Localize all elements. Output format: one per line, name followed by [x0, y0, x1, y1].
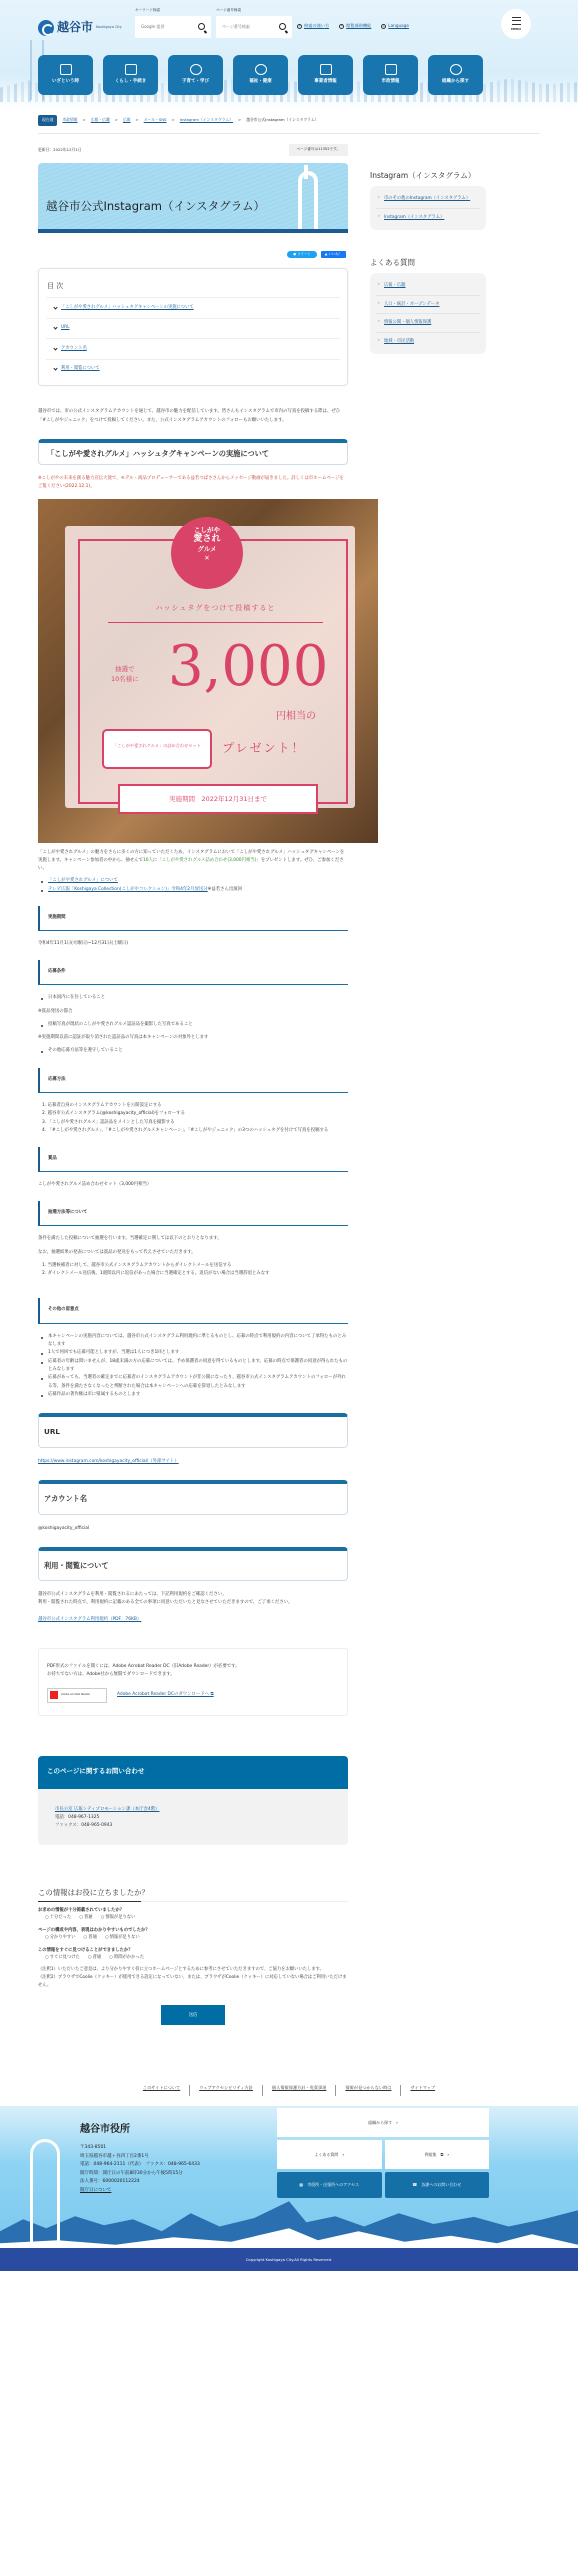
badge-line: グルメ — [197, 545, 216, 553]
note-text: ※賞品発送の都合 — [38, 1008, 348, 1016]
url-heading: URL — [38, 1413, 348, 1448]
child-pencil-icon — [190, 64, 202, 75]
list-item: 1人で何回でも応募可能としますが、当選は1人につき1回とします — [38, 1349, 348, 1357]
radio-option[interactable]: 情報が足りない — [101, 1915, 136, 1922]
page-number-search: ページ番号検索 ページ番号検索 — [216, 8, 292, 38]
instagram-url-link[interactable]: https://www.instagram.com/koshigayacity_… — [38, 1459, 179, 1464]
accessibility-link-label[interactable]: 閲覧補助機能 — [346, 23, 371, 30]
radio-option[interactable]: 十分だった — [45, 1915, 71, 1922]
promo-present-text: プレゼント！ — [222, 739, 306, 758]
sidebar-item[interactable]: 市のその他のInstagram（インスタグラム） — [376, 190, 480, 209]
gourmet-link[interactable]: 「こしがや愛されグルメ」について — [48, 878, 118, 883]
car-icon: ▩ — [299, 2182, 303, 2188]
divider — [189, 2085, 190, 2096]
toc-item[interactable]: 「こしがや愛されグルメ」ハッシュタグキャンペーンの実施について — [46, 297, 340, 318]
breadcrumb-item[interactable]: メール・SNS — [144, 117, 167, 123]
address: 埼玉県越谷市越ヶ谷四丁目2番1号 — [80, 2153, 200, 2162]
breadcrumb-separator: > — [238, 117, 241, 123]
sidebar-link[interactable]: 情報公開・個人情報保護 — [384, 320, 431, 325]
list-item: 日本国内に在住していること — [38, 994, 348, 1002]
campaign-promo-image: こしがや 愛され グルメ ✕ ハッシュタグをつけて投稿すると 抽選で 10名様に… — [38, 499, 378, 843]
faq-button[interactable]: よくある質問› — [277, 2140, 382, 2169]
adobe-icon — [50, 1691, 58, 1699]
main-content: 更新日：2022年12月1日 ページ番号は11352です。 越谷市公式Insta… — [38, 144, 348, 2025]
site-footer: 越谷市役所 〒343-8501 埼玉県越谷市越ヶ谷四丁目2番1号 電話：048-… — [0, 2106, 578, 2271]
method-steps: 1. 応募者自身のインスタグラムアカウントを公開設定にする 2. 越谷市公式イン… — [38, 1102, 348, 1135]
chevron-right-icon: › — [342, 2152, 344, 2158]
lottery-text: 条件を満たした投稿について抽選を行います。当選確定に関しては以下のとおりとなりま… — [38, 1235, 348, 1243]
fork-knife-icon: ✕ — [204, 554, 209, 562]
campaign-description: 「こしがや愛されグルメ」の魅力をさらに多くの方に知っていただくため、インスタグラ… — [38, 849, 348, 873]
list-item: 応募作品の著作権は市に帰属するものとします — [38, 1391, 348, 1399]
feedback-question: ページの構成や内容、表現はわかりやすいものでしたか？ — [38, 1928, 348, 1935]
list-item: 2. ダイレクトメール送信後、1週間以内に返信があった場合に当選確定とする。返信… — [38, 1270, 348, 1278]
like-button[interactable]: ▲ いいね！ — [321, 251, 346, 258]
link-suffix: ※益若さん出演回 — [208, 887, 242, 892]
radio-option[interactable]: 時間がかかった — [109, 1955, 144, 1962]
nav-label: いざという時 — [52, 78, 79, 85]
nav-organization[interactable]: 組織から探す — [428, 55, 483, 95]
sidebar-link[interactable]: 人口・統計・オープンデータ — [384, 302, 439, 307]
nav-welfare[interactable]: 福祉・健康 — [233, 55, 288, 95]
divider — [400, 2085, 401, 2096]
feedback-note: （注釈2）ブラウザでCoolie（クッキー）が使用できる設定になっていない、また… — [38, 1974, 348, 1990]
copyright: Copyright Koshigaya City.All Rights Rese… — [0, 2248, 578, 2271]
search-icon[interactable] — [198, 23, 205, 30]
page-search-label: ページ番号検索 — [216, 8, 292, 14]
list-item: 投稿写真が現状のこしがや愛されグルメ認証品を撮影した写真であること — [38, 1021, 348, 1029]
nav-business[interactable]: 事業者情報 — [298, 55, 353, 95]
tweet-label: ツイート — [297, 252, 310, 256]
postal-code: 〒343-8501 — [80, 2144, 200, 2153]
nav-label: 組織から探す — [442, 78, 469, 85]
language-link-label[interactable]: Language — [388, 23, 409, 30]
updated-date: 更新日：2022年12月1日 — [38, 147, 82, 153]
breadcrumb-current: 越谷市公式Instagram（インスタグラム） — [246, 117, 318, 123]
menu-label: MENU — [511, 27, 521, 32]
badge-line: こしがや — [194, 526, 220, 534]
breadcrumb-item[interactable]: 広報・広聴 — [91, 117, 110, 123]
page-number-input[interactable]: ページ番号検索 — [216, 16, 292, 38]
list-item: 4. 「#こしがや愛されグルメ」、「#こしがや愛されグルメキャンペーン」、「#こ… — [38, 1127, 348, 1135]
list-item: 1. 応募者自身のインスタグラムアカウントを公開設定にする — [38, 1102, 348, 1110]
red-notice: ※こしがやの未来を創る魅力宣伝大使で、モデル・商品プロデューサーである益若つばさ… — [38, 475, 348, 491]
radio-option[interactable]: 普通 — [84, 1935, 97, 1942]
gear-icon: * — [339, 24, 344, 29]
globe-icon: + — [381, 24, 386, 29]
intro-text: 越谷市では、市の公式インスタグラムアカウントを通じて、越谷市の魅力を配信していま… — [38, 408, 348, 424]
notes-list: 本キャンペーンの実施内容については、越谷市公式インスタグラム利用規約に準じるもの… — [38, 1333, 348, 1400]
bag-icon — [320, 64, 332, 75]
button-label: 各課へのお問い合わせ — [421, 2182, 461, 2188]
footer-buttons: 組織から探す› よくある質問› 例規集⧉› ▩市役所・出張所へのアクセス ☎各課… — [277, 2108, 489, 2198]
adobe-link-label: Adobe Acrobat Reader DCのダウンロードへ — [117, 1692, 209, 1697]
breadcrumb-item[interactable]: 広報 — [123, 117, 131, 123]
nav-emergency[interactable]: いざという時 — [38, 55, 93, 95]
city-hall-name: 越谷市役所 — [80, 2120, 200, 2139]
language-link[interactable]: +Language — [381, 23, 409, 30]
like-label: いいね！ — [328, 252, 342, 256]
table-of-contents: 目 次 「こしがや愛されグルメ」ハッシュタグキャンペーンの実施について URL … — [38, 268, 348, 386]
pdf-reader-note: PDF形式のファイルを開くには、Adobe Acrobat Reader DC（… — [38, 1648, 348, 1716]
radio-option[interactable]: すぐに見つけた — [45, 1955, 80, 1962]
org-search-button[interactable]: 組織から探す› — [277, 2108, 489, 2137]
usage-heading: 利用・閲覧について — [38, 1547, 348, 1582]
corporate-number: 法人番号：6000020112224 — [80, 2178, 200, 2187]
nav-city-admin[interactable]: 市政情報 — [363, 55, 418, 95]
adobe-badge-label: Adobe Acrobat Reader — [61, 1693, 90, 1698]
sidebar-instagram-list: 市のその他のInstagram（インスタグラム） Instagram（インスタグ… — [370, 186, 486, 230]
office-hours: 開庁時間：開庁日の午前8時30分から午後5時15分 — [80, 2170, 200, 2179]
note-text: ※実施期間以前に認証が取り消された認証品の写真は本キャンペーンの対象外とします — [38, 1034, 348, 1042]
toc-item[interactable]: アカウント名 — [46, 338, 340, 359]
account-name: @koshigayacity_official — [38, 1525, 348, 1533]
breadcrumb-current-location: 現在地 — [38, 115, 57, 125]
page-search-placeholder: ページ番号検索 — [222, 24, 250, 30]
phone-icon: ☎ — [412, 2182, 417, 2188]
sidebar-link[interactable]: 広報・広聴 — [384, 283, 405, 288]
radio-option[interactable]: 普通 — [88, 1955, 101, 1962]
title-banner: 越谷市公式Instagram（インスタグラム） — [38, 163, 348, 233]
reiki-button[interactable]: 例規集⧉› — [385, 2140, 490, 2169]
inquiry-button[interactable]: ☎各課へのお問い合わせ — [385, 2172, 490, 2198]
people-icon — [450, 64, 462, 75]
promo-period: 実施期間 2022年12月31日まで — [118, 784, 318, 814]
breadcrumb-item[interactable]: 市政情報 — [62, 117, 77, 123]
radio-option[interactable]: 普通 — [79, 1915, 92, 1922]
promo-yen-text: 円相当の — [276, 709, 316, 725]
divider — [335, 2085, 336, 2096]
campaign-heading: 「こしがや愛されグルメ」ハッシュタグキャンペーンの実施について — [38, 439, 348, 466]
list-item: 応募者の年齢は問いませんが、18歳未満の方の応募については、予め保護者の同意を得… — [38, 1358, 348, 1375]
tweet-button[interactable]: ● ツイート — [287, 251, 316, 258]
campaign-links: 「こしがや愛されグルメ」について テレビ広報「Koshigaya Collect… — [38, 877, 348, 894]
footer-link[interactable]: 情報が見つからない時は — [345, 2085, 391, 2096]
promo-amount: 3,000 — [168, 639, 328, 695]
list-item: テレビ広報「Koshigaya Collection(こしがやコレクション)」令… — [38, 886, 348, 894]
badge-line: 愛され — [171, 534, 243, 545]
chevron-down-icon — [53, 305, 57, 309]
desc-highlight: 10人 — [143, 858, 153, 863]
accessibility-link[interactable]: *閲覧補助機能 — [339, 23, 371, 30]
holiday-link[interactable]: 開庁日について — [80, 2188, 111, 2193]
sidebar-link[interactable]: Instagram（インスタグラム） — [384, 215, 444, 220]
chevron-right-icon: › — [447, 2152, 449, 2158]
sidebar-faq-list: 広報・広聴 人口・統計・オープンデータ 情報公開・個人情報保護 地域・市民活動 — [370, 273, 486, 354]
nav-label: 事業者情報 — [314, 78, 337, 85]
page-title: 越谷市公式Instagram（インスタグラム） — [46, 197, 265, 215]
site-header: 越谷市 Koshigaya City キーワード検索 Google 提供 ページ… — [0, 0, 578, 108]
breadcrumb: 現在地 市政情報> 広報・広聴> 広報> メール・SNS> Instagram（… — [38, 108, 540, 134]
keyword-search-label: キーワード検索 — [135, 8, 211, 14]
sidebar-item[interactable]: 情報公開・個人情報保護 — [376, 314, 480, 333]
sidebar-link[interactable]: 地域・市民活動 — [384, 339, 414, 344]
tv-koho-link[interactable]: テレビ広報「Koshigaya Collection(こしがやコレクション)」令… — [48, 887, 208, 892]
footer-link[interactable]: サイトマップ — [410, 2085, 435, 2096]
keyword-search-input[interactable]: Google 提供 — [135, 16, 211, 38]
footer-link[interactable]: ウェブアクセシビリティ方針 — [199, 2085, 253, 2096]
pdf-note-text: PDF形式のファイルを開くには、Adobe Acrobat Reader DC（… — [47, 1663, 339, 1671]
sidebar-item[interactable]: Instagram（インスタグラム） — [376, 209, 480, 227]
site-logo[interactable]: 越谷市 Koshigaya City — [38, 18, 122, 37]
bridge-tower-illustration — [298, 171, 318, 233]
contact-heading: このページに関するお問い合わせ — [38, 1756, 348, 1789]
chevron-down-icon — [53, 346, 57, 350]
keyword-search: キーワード検索 Google 提供 — [135, 8, 211, 38]
emergency-kit-icon — [60, 64, 72, 75]
breadcrumb-separator: > — [136, 117, 139, 123]
page-number: ページ番号は11352です。 — [289, 144, 348, 156]
external-window-icon: ⧉ — [211, 1692, 214, 1697]
submit-button[interactable]: 送信 — [161, 2005, 225, 2025]
help-link[interactable]: ?検索の使い方 — [297, 23, 329, 30]
department-link[interactable]: 市長公室 広報シティプロモーション課（本庁舎4階） — [55, 1807, 159, 1812]
toc-link[interactable]: URL — [61, 325, 70, 332]
promo-lottery-text: 抽選で 10名様に — [111, 664, 139, 685]
city-emblem-icon — [38, 20, 54, 36]
phone-fax: 電話：048-964-2111（代表） ファクス：048-965-6433 — [80, 2161, 200, 2170]
promo-hashtag-text: ハッシュタグをつけて投稿すると — [108, 603, 323, 623]
adobe-download-link[interactable]: Adobe Acrobat Reader DCのダウンロードへ ⧉ — [117, 1691, 214, 1699]
button-label: 例規集 — [424, 2152, 436, 2158]
search-icon[interactable] — [279, 23, 286, 30]
footer-link[interactable]: このサイトについて — [143, 2085, 180, 2096]
period-text: 令和4年11月1日(火曜日)~12月31日(土曜日) — [38, 940, 348, 948]
heart-hand-icon — [255, 64, 267, 75]
city-hall-info: 越谷市役所 〒343-8501 埼玉県越谷市越ヶ谷四丁目2番1号 電話：048-… — [80, 2120, 200, 2195]
utility-links: ?検索の使い方 *閲覧補助機能 +Language — [297, 23, 409, 30]
prize-text: こしがや愛されグルメ詰め合わせセット（3,000円相当） — [38, 1181, 348, 1189]
sidebar-link[interactable]: 市のその他のInstagram（インスタグラム） — [384, 196, 470, 201]
help-link-label[interactable]: 検索の使い方 — [304, 23, 329, 30]
sidebar-instagram-title: Instagram（インスタグラム） — [370, 170, 486, 182]
prize-heading: 賞品 — [38, 1147, 348, 1172]
footer-link[interactable]: 個人情報保護方針・免責事項 — [272, 2085, 326, 2096]
terms-pdf-link[interactable]: 越谷市公式インスタグラム利用規約（PDF：76KB） — [38, 1617, 141, 1622]
conditions-heading: 応募条件 — [38, 960, 348, 985]
lottery-steps: 1. 当選候補者に対して、越谷市公式インスタグラムアカウントからダイレクトメール… — [38, 1262, 348, 1279]
list-item: 1. 当選候補者に対して、越谷市公式インスタグラムアカウントからダイレクトメール… — [38, 1262, 348, 1270]
toc-item[interactable]: 利用・閲覧について — [46, 359, 340, 380]
sidebar-item[interactable]: 広報・広聴 — [376, 277, 480, 296]
promo-set-text: 「こしがや愛されグルメ」の詰め合わせセット — [102, 729, 212, 769]
house-icon — [125, 64, 137, 75]
lottery-heading: 抽選方法等について — [38, 1201, 348, 1226]
toc-title: 目 次 — [46, 281, 340, 292]
toc-link[interactable]: アカウント名 — [61, 346, 87, 353]
chevron-right-icon: › — [396, 2120, 398, 2126]
help-icon: ? — [297, 24, 302, 29]
notes-heading: その他の留意点 — [38, 1298, 348, 1323]
nav-living[interactable]: くらし・手続き — [103, 55, 158, 95]
lottery-text: なお、抽選結果の発表については賞品の発送をもって代えさせていただきます。 — [38, 1249, 348, 1257]
button-label: 市役所・出張所へのアクセス — [307, 2182, 359, 2188]
bridge-illustration — [30, 2139, 60, 2249]
keyword-search-placeholder: Google 提供 — [141, 24, 164, 30]
feedback-form: この情報はお役に立ちましたか？ お求めの情報が十分掲載されていましたか？ 十分だ… — [38, 1887, 348, 2025]
nav-label: 子育て・学び — [182, 78, 209, 85]
menu-button[interactable]: MENU — [501, 9, 531, 39]
nav-label: 福祉・健康 — [249, 78, 272, 85]
building-icon — [385, 64, 397, 75]
logo-name: 越谷市 — [57, 18, 93, 37]
usage-text: 利用・閲覧された時点で、利用規約に記載のある全ての事項に同意いただいたと見なさせ… — [38, 1599, 348, 1607]
pdf-note-text: お持ちでない方は、Adobe社から無償でダウンロードできます。 — [47, 1671, 339, 1679]
hamburger-icon — [512, 17, 521, 25]
nav-childcare[interactable]: 子育て・学び — [168, 55, 223, 95]
breadcrumb-separator: > — [83, 117, 86, 123]
logo-en: Koshigaya City — [96, 25, 122, 31]
toc-link[interactable]: 「こしがや愛されグルメ」ハッシュタグキャンペーンの実施について — [61, 305, 194, 312]
list-item: 「こしがや愛されグルメ」について — [38, 877, 348, 885]
contact-fax: ファックス：048-965-0943 — [55, 1823, 112, 1828]
footer-links: このサイトについて ウェブアクセシビリティ方針 個人情報保護方針・免責事項 情報… — [0, 2085, 578, 2096]
method-heading: 応募方法 — [38, 1068, 348, 1093]
feedback-question: この情報をすぐに見つけることができましたか？ — [38, 1948, 348, 1955]
gourmet-badge: こしがや 愛され グルメ ✕ — [171, 517, 243, 589]
list-item: その他応募方法等を遵守していること — [38, 1047, 348, 1055]
list-item: 本キャンペーンの実施内容については、越谷市公式インスタグラム利用規約に準じるもの… — [38, 1333, 348, 1350]
nav-label: 市政情報 — [382, 78, 400, 85]
list-item: 2. 越谷市公式インスタグラム(@koshigayacity_official)… — [38, 1110, 348, 1118]
divider — [262, 2085, 263, 2096]
contact-phone: 電話：048-967-1325 — [55, 1815, 99, 1820]
list-item: 応募があっても、当選者の確定までに応募者のインスタグラムアカウントが非公開になっ… — [38, 1374, 348, 1391]
period-heading: 実施期間 — [38, 906, 348, 931]
access-button[interactable]: ▩市役所・出張所へのアクセス — [277, 2172, 382, 2198]
sidebar-item[interactable]: 人口・統計・オープンデータ — [376, 296, 480, 315]
radio-option[interactable]: 情報が足りない — [105, 1935, 140, 1942]
external-window-icon: ⧉ — [440, 2152, 443, 2158]
usage-text: 越谷市公式インスタグラムを利用・閲覧されるにあたっては、下記利用規約をご確認くだ… — [38, 1591, 348, 1599]
share-buttons: ● ツイート ▲ いいね！ — [40, 251, 346, 258]
breadcrumb-item[interactable]: Instagram（インスタグラム） — [180, 117, 233, 123]
feedback-title: この情報はお役に立ちましたか？ — [38, 1887, 348, 1902]
sidebar-item[interactable]: 地域・市民活動 — [376, 333, 480, 351]
sidebar-faq-title: よくある質問 — [370, 257, 486, 269]
chevron-down-icon — [53, 367, 57, 371]
sidebar: Instagram（インスタグラム） 市のその他のInstagram（インスタグ… — [370, 144, 486, 2025]
adobe-reader-badge[interactable]: Adobe Acrobat Reader — [47, 1688, 107, 1703]
radio-option[interactable]: 分かりやすい — [45, 1935, 76, 1942]
nav-label: くらし・手続き — [115, 78, 147, 85]
global-nav: いざという時 くらし・手続き 子育て・学び 福祉・健康 事業者情報 市政情報 組… — [38, 55, 483, 95]
breadcrumb-separator: > — [172, 117, 175, 123]
chevron-down-icon — [53, 326, 57, 330]
feedback-note: （注釈1）いただいたご意見は、より分かりやすく役に立つホームページとするために参… — [38, 1966, 348, 1974]
button-label: 組織から探す — [368, 2120, 392, 2126]
button-label: よくある質問 — [314, 2152, 338, 2158]
toc-item[interactable]: URL — [46, 318, 340, 339]
breadcrumb-separator: > — [115, 117, 118, 123]
toc-link[interactable]: 利用・閲覧について — [61, 366, 100, 373]
desc-highlight: 「こしがや愛されグルメ詰め合わせ(3,000円相当)」 — [157, 858, 261, 863]
contact-box: このページに関するお問い合わせ 市長公室 広報シティプロモーション課（本庁舎4階… — [38, 1756, 348, 1845]
list-item: 3. 「こしがや愛されグルメ」認証品をメインとした写真を撮影する — [38, 1119, 348, 1127]
account-heading: アカウント名 — [38, 1480, 348, 1515]
